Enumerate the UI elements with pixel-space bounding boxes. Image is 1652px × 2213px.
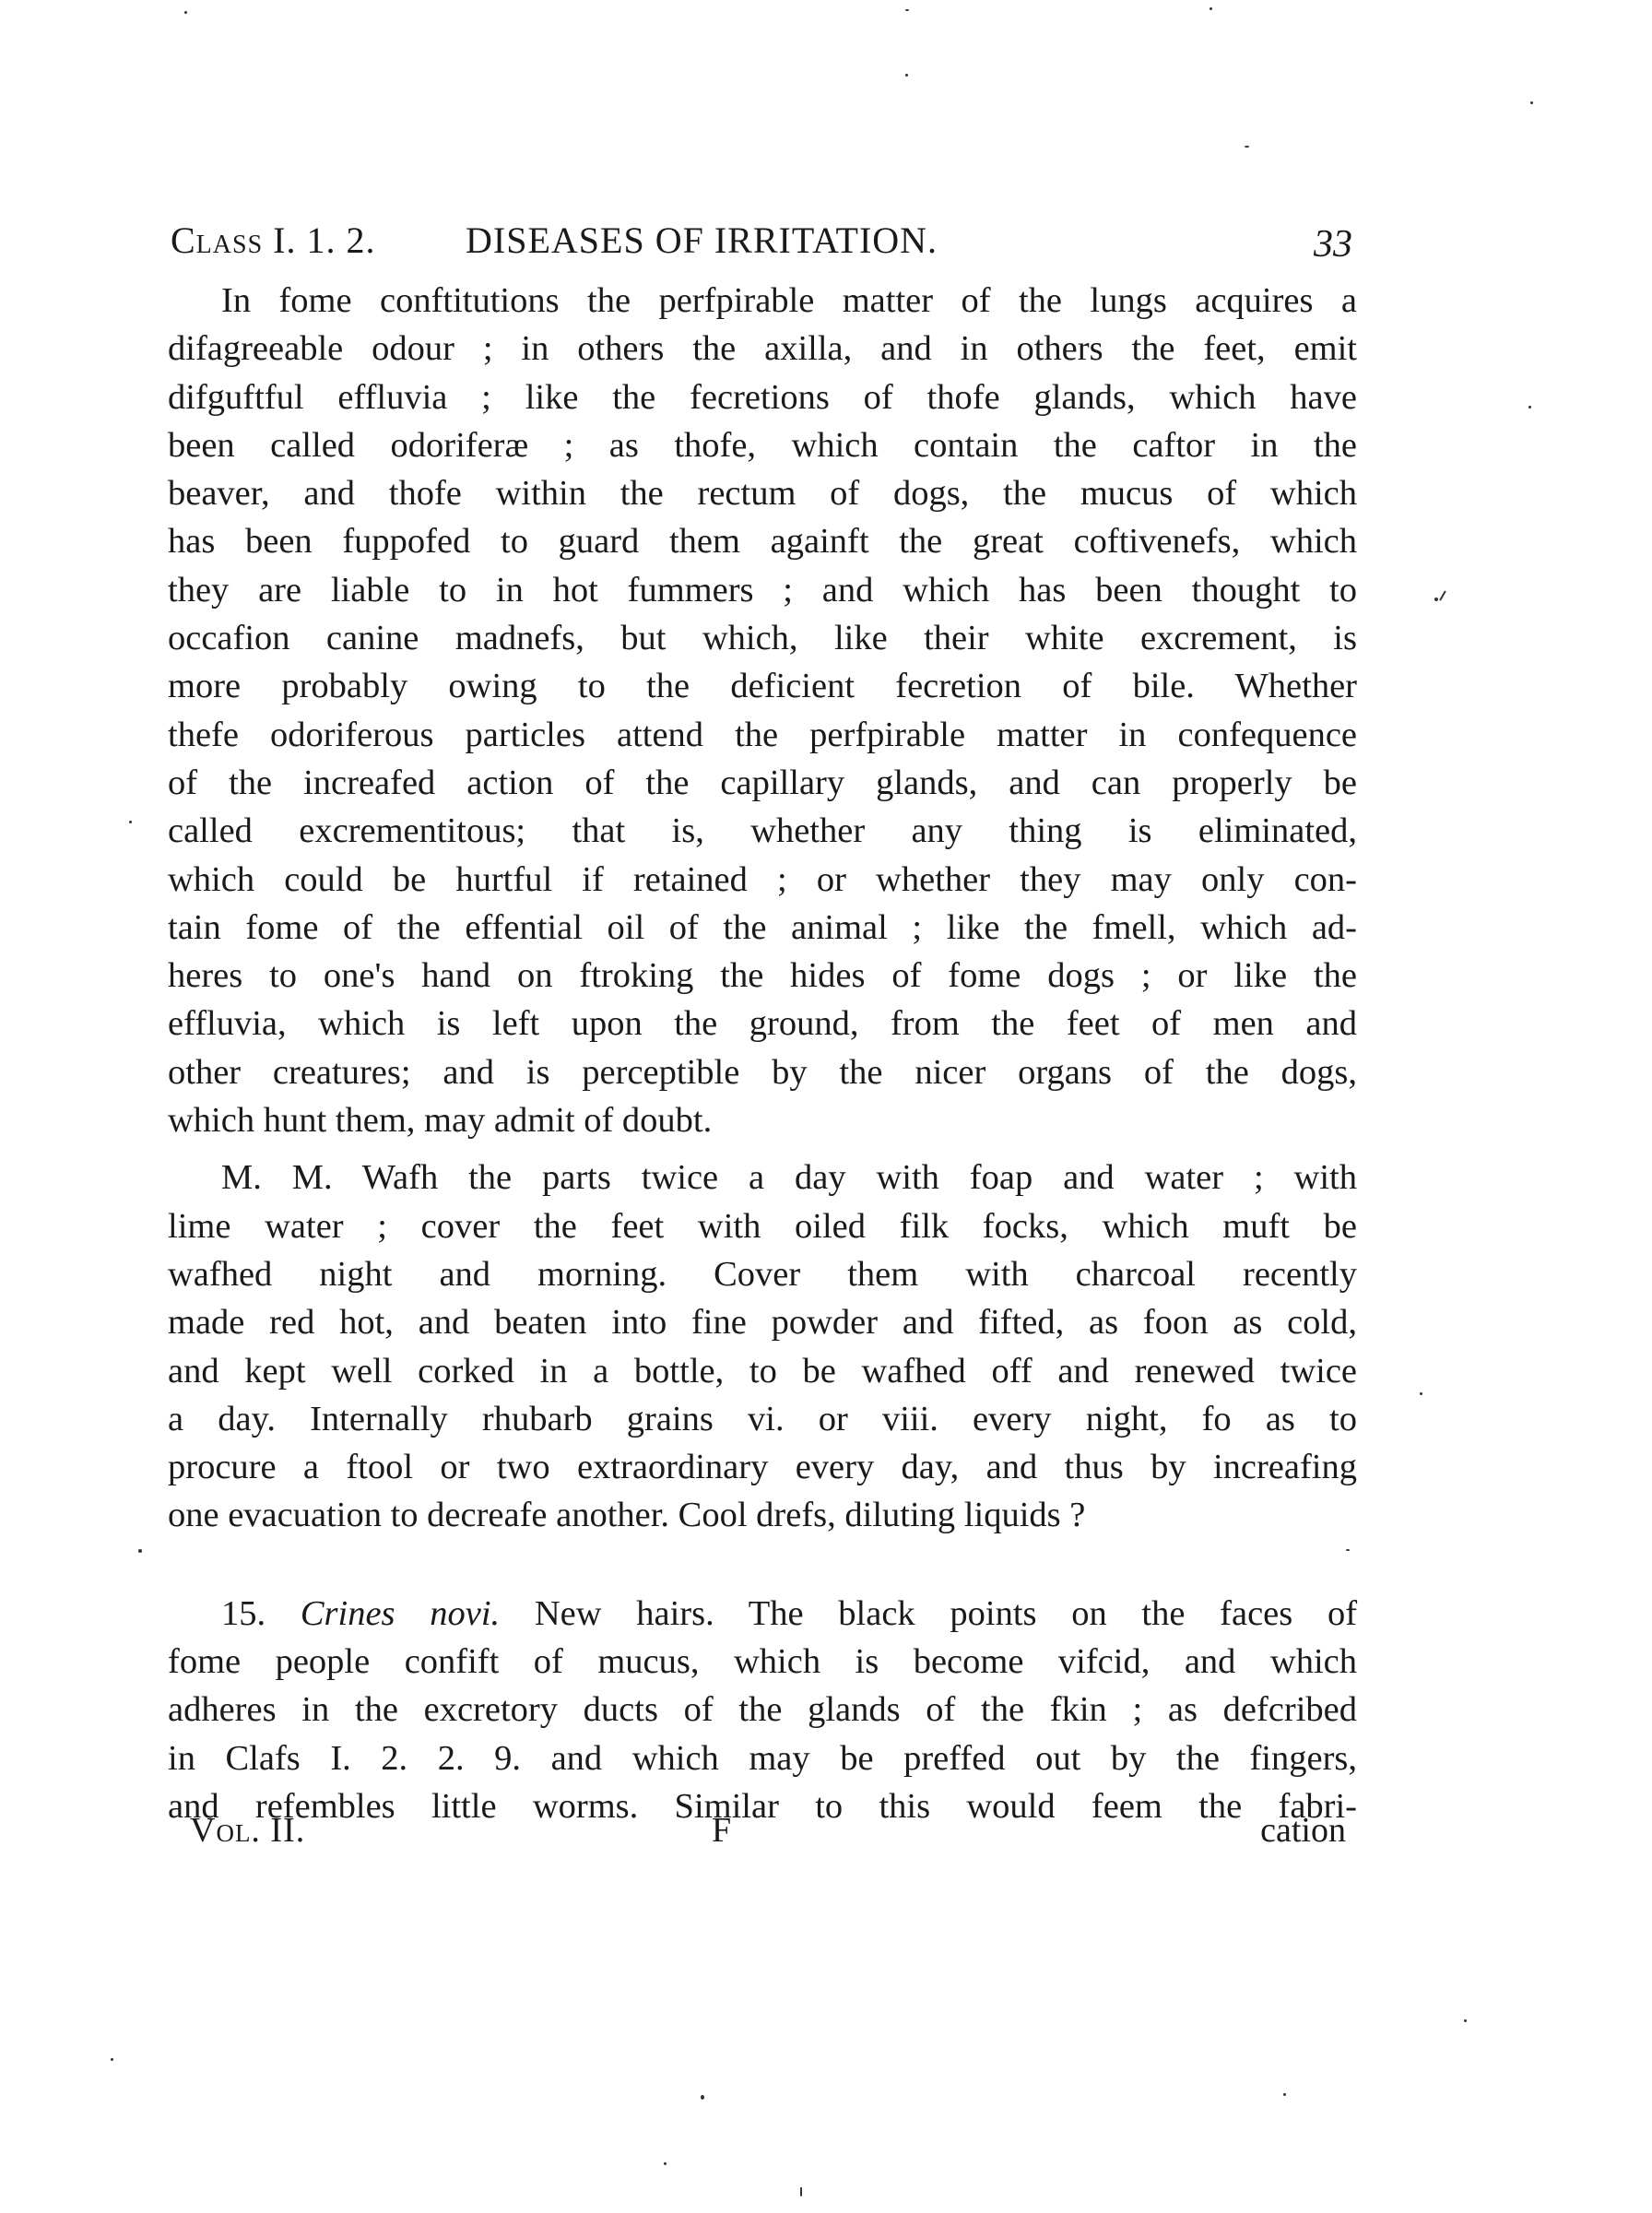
text-line: more probably owing to the deficient fec… bbox=[168, 662, 1357, 710]
scan-speck bbox=[1209, 7, 1212, 10]
book-page: Class I. 1. 2. DISEASES OF IRRITATION. 3… bbox=[0, 0, 1652, 2213]
text-line: one evacuation to decreafe another. Cool… bbox=[168, 1491, 1357, 1539]
latin-name: Crines novi. bbox=[301, 1594, 500, 1633]
scan-speck bbox=[1464, 2019, 1467, 2022]
english-name: New hairs. bbox=[535, 1594, 714, 1633]
paragraph-gap bbox=[168, 1144, 1357, 1154]
text-line: thefe odoriferous particles attend the p… bbox=[168, 711, 1357, 759]
scan-speck bbox=[1346, 1549, 1350, 1551]
section-number: 15. bbox=[221, 1594, 265, 1633]
scan-speck bbox=[664, 2162, 667, 2165]
scan-speck bbox=[138, 1549, 142, 1553]
scan-speck bbox=[905, 74, 908, 77]
scan-speck bbox=[1439, 590, 1446, 600]
class-reference: Class I. 1. 2. bbox=[171, 218, 375, 264]
text-line: heres to one's hand on ftroking the hide… bbox=[168, 952, 1357, 1000]
chapter-title: DISEASES OF IRRITATION. bbox=[466, 218, 938, 264]
text-line: M. M. Wafh the parts twice a day with fo… bbox=[168, 1154, 1357, 1201]
scan-speck bbox=[111, 2058, 113, 2061]
scan-speck bbox=[1245, 146, 1249, 148]
page-number: 33 bbox=[1314, 221, 1352, 267]
text-fragment: The black points on the faces of bbox=[749, 1594, 1357, 1633]
paragraph-odour: In fome conftitutions the perfpirable ma… bbox=[168, 277, 1357, 1144]
scan-speck bbox=[1434, 598, 1438, 601]
text-line: they are liable to in hot fummers ; and … bbox=[168, 566, 1357, 614]
text-line: fome people confift of mucus, which is b… bbox=[168, 1638, 1357, 1686]
scan-speck bbox=[1528, 406, 1531, 408]
text-line: in Clafs I. 2. 2. 9. and which may be pr… bbox=[168, 1734, 1357, 1782]
text-line: which could be hurtful if retained ; or … bbox=[168, 856, 1357, 904]
text-line: and kept well corked in a bottle, to be … bbox=[168, 1347, 1357, 1395]
text-line: beaver, and thofe within the rectum of d… bbox=[168, 469, 1357, 517]
text-line: difguftful effluvia ; like the fecretion… bbox=[168, 373, 1357, 421]
text-line: called excrementitous; that is, whether … bbox=[168, 807, 1357, 855]
scan-speck bbox=[129, 821, 132, 823]
text-line: made red hot, and beaten into fine powde… bbox=[168, 1298, 1357, 1346]
text-line: has been fuppofed to guard them againft … bbox=[168, 517, 1357, 565]
text-line: a day. Internally rhubarb grains vi. or … bbox=[168, 1395, 1357, 1443]
section-heading-line: 15. Crines novi. New hairs. The black po… bbox=[168, 1590, 1357, 1638]
text-line: effluvia, which is left upon the ground,… bbox=[168, 1000, 1357, 1047]
text-line: wafhed night and morning. Cover them wit… bbox=[168, 1250, 1357, 1298]
section-gap bbox=[168, 1540, 1357, 1590]
page-footer: Vol. II. F cation bbox=[168, 1807, 1357, 1853]
volume-label: Vol. II. bbox=[190, 1807, 305, 1853]
text-line: occafion canine madnefs, but which, like… bbox=[168, 614, 1357, 662]
body-text: In fome conftitutions the perfpirable ma… bbox=[168, 277, 1357, 1830]
text-line: of the increafed action of the capillary… bbox=[168, 759, 1357, 807]
text-line: difagreeable odour ; in others the axill… bbox=[168, 325, 1357, 373]
text-line: procure a ftool or two extraordinary eve… bbox=[168, 1443, 1357, 1491]
scan-speck bbox=[701, 2095, 704, 2100]
text-line: which hunt them, may admit of doubt. bbox=[168, 1096, 1357, 1144]
text-line: tain fome of the effential oil of the an… bbox=[168, 904, 1357, 952]
section-15-crines-novi: 15. Crines novi. New hairs. The black po… bbox=[168, 1590, 1357, 1830]
paragraph-medical-method: M. M. Wafh the parts twice a day with fo… bbox=[168, 1154, 1357, 1539]
text-line: other creatures; and is perceptible by t… bbox=[168, 1048, 1357, 1096]
text-line: In fome conftitutions the perfpirable ma… bbox=[168, 277, 1357, 325]
scan-speck bbox=[184, 11, 187, 14]
scan-speck bbox=[1420, 1392, 1422, 1395]
text-line: been called odoriferæ ; as thofe, which … bbox=[168, 421, 1357, 469]
running-head: Class I. 1. 2. DISEASES OF IRRITATION. 3… bbox=[171, 218, 1360, 264]
text-line: adheres in the excretory ducts of the gl… bbox=[168, 1686, 1357, 1734]
scan-speck bbox=[1283, 2093, 1286, 2096]
scan-speck bbox=[1530, 101, 1533, 104]
scan-speck bbox=[905, 9, 909, 11]
signature-mark: F bbox=[712, 1807, 731, 1853]
scan-speck bbox=[800, 2187, 802, 2196]
catchword: cation bbox=[1260, 1807, 1346, 1853]
text-line: lime water ; cover the feet with oiled f… bbox=[168, 1202, 1357, 1250]
